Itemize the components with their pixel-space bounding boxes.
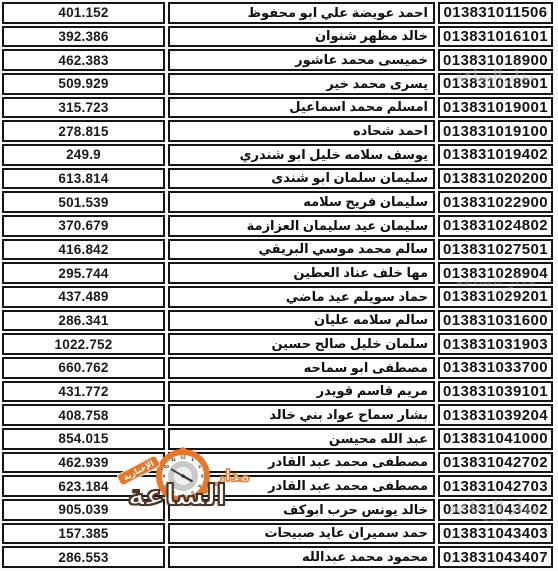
value-cell: 315.723	[2, 97, 165, 119]
value-cell: 401.152	[2, 2, 165, 24]
value-cell: 613.814	[2, 168, 165, 190]
brand-watermark-logo: 121234567891011 مدار الساعة الإخبارية	[112, 444, 258, 524]
value-cell: 408.758	[2, 404, 165, 426]
name-cell: مصطفى ابو سماحه	[168, 357, 435, 379]
name-cell: سالم سلامه عليان	[168, 310, 435, 332]
id-cell: 013831033700	[438, 357, 553, 379]
name-cell: خميسى محمد عاشور	[168, 49, 435, 71]
id-cell: 013831029201	[438, 286, 553, 308]
id-cell: 013831019001	[438, 97, 553, 119]
name-cell: مريم قاسم قويدر	[168, 381, 435, 403]
name-cell: سالم محمد موسي البريقي	[168, 239, 435, 261]
name-cell: احمد عويضة علي ابو محفوظ	[168, 2, 435, 24]
id-cell: 013831027501	[438, 239, 553, 261]
value-cell: 295.744	[2, 262, 165, 284]
id-cell: 013831031600	[438, 310, 553, 332]
id-cell: 013831019100	[438, 120, 553, 142]
id-cell: 013831039204	[438, 404, 553, 426]
svg-text:1: 1	[191, 457, 194, 463]
value-cell: 278.815	[2, 120, 165, 142]
value-cell: 501.539	[2, 191, 165, 213]
value-cell: 431.772	[2, 381, 165, 403]
name-cell: سليمان عيد سليمان العزازمة	[168, 215, 435, 237]
id-cell: 013831016101	[438, 26, 553, 48]
value-cell: 462.383	[2, 49, 165, 71]
name-cell: بشار سماح عواد بني خالد	[168, 404, 435, 426]
id-cell: 013831043402	[438, 499, 553, 521]
svg-text:10: 10	[164, 464, 170, 470]
value-cell: 157.385	[2, 523, 165, 545]
results-table: 401.152 احمد عويضة علي ابو محفوظ 0138310…	[2, 2, 554, 568]
value-cell: 286.553	[2, 546, 165, 568]
id-cell: 013831024802	[438, 215, 553, 237]
id-cell: 013831039101	[438, 381, 553, 403]
id-cell: 013831042703	[438, 475, 553, 497]
value-cell: 1022.752	[2, 333, 165, 355]
id-cell: 013831018901	[438, 73, 553, 95]
name-cell: يسرى محمد خير	[168, 73, 435, 95]
scanned-results-document: { "table": { "rows": [ {"value":"401.152…	[0, 0, 558, 571]
name-cell: سليمان سلمان ابو شندى	[168, 168, 435, 190]
svg-text:11: 11	[171, 457, 176, 463]
svg-text:12: 12	[180, 455, 186, 461]
value-cell: 370.679	[2, 215, 165, 237]
name-cell: امسلم محمد اسماعيل	[168, 97, 435, 119]
brand-name-text: الساعة	[118, 478, 236, 513]
value-cell: 249.9	[2, 144, 165, 166]
id-cell: 013831019402	[438, 144, 553, 166]
name-cell: احمد شحاده	[168, 120, 435, 142]
value-cell: 437.489	[2, 286, 165, 308]
name-cell: حماد سويلم عيد ماضي	[168, 286, 435, 308]
id-cell: 013831020200	[438, 168, 553, 190]
value-cell: 509.929	[2, 73, 165, 95]
id-cell: 013831011506	[438, 2, 553, 24]
name-cell: محمود محمد عبدالله	[168, 546, 435, 568]
name-cell: يوسف سلامه خليل ابو شندري	[168, 144, 435, 166]
id-cell: 013831018900	[438, 49, 553, 71]
id-cell: 013831043403	[438, 523, 553, 545]
name-cell: حمد سميران عايد صبيحات	[168, 523, 435, 545]
svg-text:2: 2	[198, 464, 201, 470]
id-cell: 013831028904	[438, 262, 553, 284]
id-cell: 013831043407	[438, 546, 553, 568]
name-cell: سلمان خليل صالح حسين	[168, 333, 435, 355]
id-cell: 013831031903	[438, 333, 553, 355]
id-cell: 013831041000	[438, 428, 553, 450]
value-cell: 286.341	[2, 310, 165, 332]
name-cell: خالد مظهر شنوان	[168, 26, 435, 48]
name-cell: مها خلف عناد العطين	[168, 262, 435, 284]
name-cell: سليمان فريح سلامه	[168, 191, 435, 213]
value-cell: 416.842	[2, 239, 165, 261]
value-cell: 392.386	[2, 26, 165, 48]
id-cell: 013831042702	[438, 452, 553, 474]
id-cell: 013831022900	[438, 191, 553, 213]
value-cell: 660.762	[2, 357, 165, 379]
